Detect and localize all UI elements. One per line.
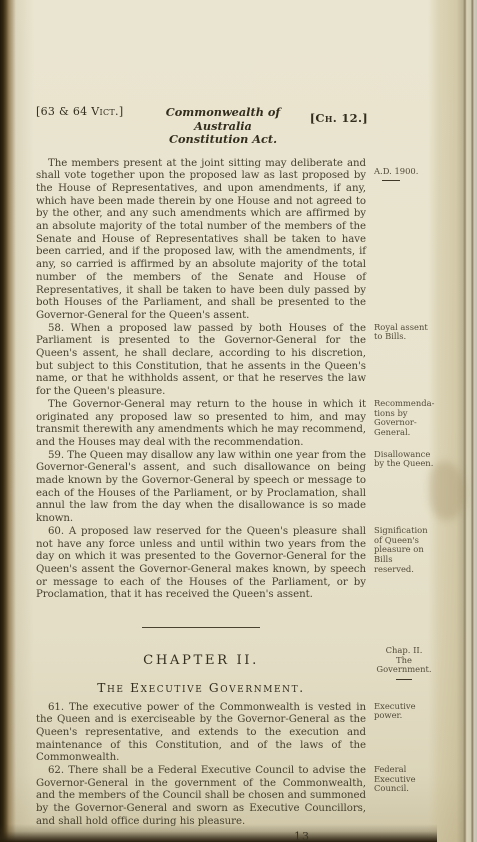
margin-note-year-text: A.D. 1900. (374, 166, 418, 176)
body-paragraph-recommendations: The Governor-General may return to the h… (36, 399, 366, 450)
margin-note-royal-assent: Royal assent to Bills. (374, 323, 434, 342)
scanned-book-page: [63 & 64 Vict.] Commonwealth of Australi… (0, 0, 477, 842)
body-paragraph-joint-sitting: The members present at the joint sitting… (36, 158, 366, 323)
header-title-line2: Constitution Act. (142, 133, 304, 147)
body-paragraph-section-62: 62. There shall be a Federal Executive C… (36, 765, 366, 829)
page-number: 13 (294, 831, 334, 842)
header-title: Commonwealth of Australia Constitution A… (142, 106, 304, 147)
chapter-row: CHAPTER II. The Executive Government. Ch… (36, 602, 440, 694)
margin-rule (396, 679, 412, 680)
chapter-heading: CHAPTER II. (36, 655, 366, 668)
section-row: 59. The Queen may disallow any law withi… (36, 450, 440, 526)
header-citation: [63 & 64 Vict.] (36, 106, 142, 119)
section-row: 61. The executive power of the Commonwea… (36, 702, 440, 766)
margin-rule (382, 180, 400, 181)
margin-note-year: A.D. 1900. (374, 158, 434, 191)
header-chapter-ref: [Ch. 12.] (304, 112, 368, 125)
margin-note-disallowance: Disallowance by the Queen. (374, 450, 434, 469)
body-paragraph-section-61: 61. The executive power of the Commonwea… (36, 702, 366, 766)
margin-note-federal-council: Federal Executive Council. (374, 765, 434, 794)
margin-note-recommendations: Recommenda- tions by Governor- General. (374, 399, 434, 438)
section-row: The members present at the joint sitting… (36, 158, 440, 323)
section-row: 60. A proposed law reserved for the Quee… (36, 526, 440, 602)
page-content: [63 & 64 Vict.] Commonwealth of Australi… (36, 106, 440, 842)
body-paragraph-section-59: 59. The Queen may disallow any law withi… (36, 450, 366, 526)
margin-note-chapter-text: Chap. II. The Government. (376, 645, 431, 674)
section-row: The Governor-General may return to the h… (36, 399, 440, 450)
chapter-block: CHAPTER II. The Executive Government. (36, 602, 366, 694)
body-paragraph-section-60: 60. A proposed law reserved for the Quee… (36, 526, 366, 602)
margin-note-signification: Signification of Queen's pleasure on Bil… (374, 526, 434, 575)
section-row: 58. When a proposed law passed by both H… (36, 323, 440, 399)
header-title-line1: Commonwealth of Australia (142, 106, 304, 133)
body-paragraph-section-58: 58. When a proposed law passed by both H… (36, 323, 366, 399)
section-row: 62. There shall be a Federal Executive C… (36, 765, 440, 829)
page-header: [63 & 64 Vict.] Commonwealth of Australi… (36, 106, 368, 147)
chapter-subheading: The Executive Government. (36, 682, 366, 695)
margin-note-executive-power: Executive power. (374, 702, 434, 721)
book-binding-left (0, 0, 16, 842)
section-separator-rule (142, 627, 260, 628)
margin-note-chapter: Chap. II. The Government. (374, 636, 434, 690)
